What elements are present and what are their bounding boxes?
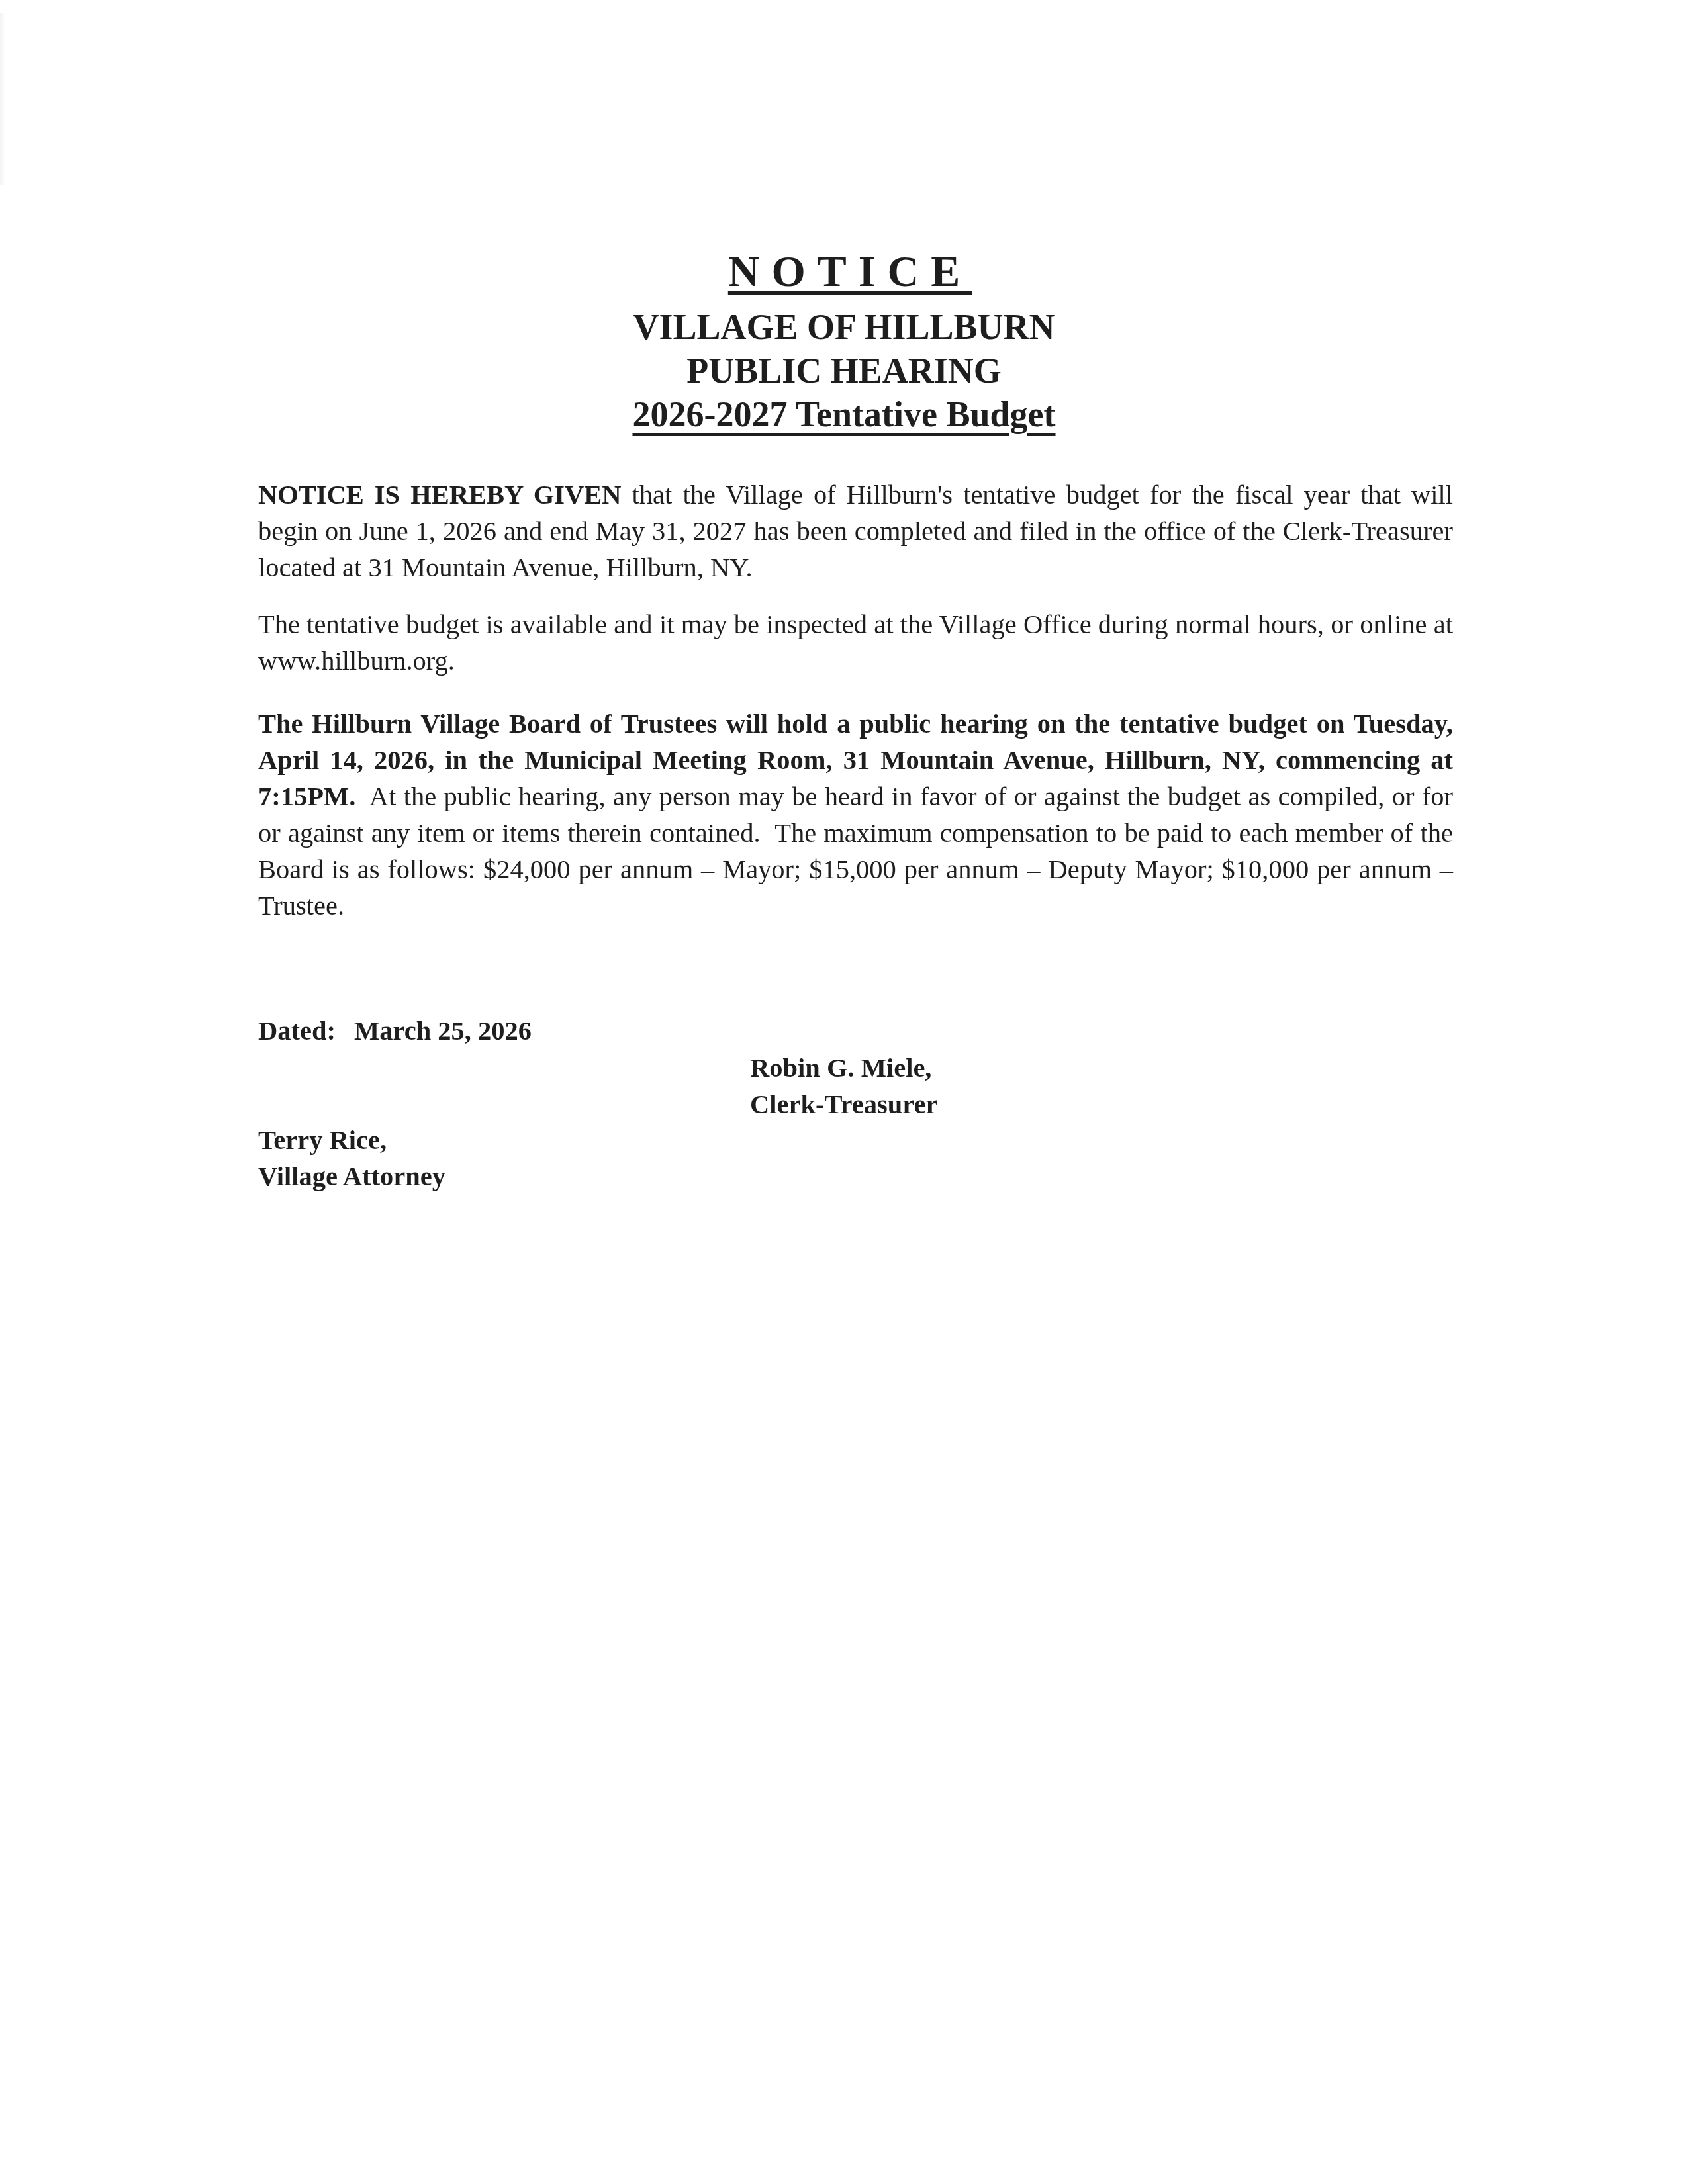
clerk-signature-block: Robin G. Miele, Clerk-Treasurer (750, 1050, 937, 1122)
paragraph-availability: The tentative budget is available and it… (258, 606, 1453, 679)
clerk-name: Robin G. Miele, (750, 1050, 937, 1086)
paragraph-hearing: The Hillburn Village Board of Trustees w… (258, 705, 1453, 924)
availability-text: The tentative budget is available and it… (258, 606, 1453, 679)
municipality-heading: VILLAGE OF HILLBURN (0, 305, 1688, 349)
notice-given-lead: NOTICE IS HEREBY GIVEN (258, 480, 622, 510)
event-heading: PUBLIC HEARING (0, 349, 1688, 392)
dated-value: March 25, 2026 (354, 1016, 532, 1046)
hearing-details-text: At the public hearing, any person may be… (258, 782, 1460, 921)
dated-line: Dated:March 25, 2026 (258, 1013, 532, 1049)
budget-subject-heading: 2026-2027 Tentative Budget (632, 394, 1055, 434)
document-page: NOTICE VILLAGE OF HILLBURN PUBLIC HEARIN… (0, 0, 1688, 2184)
clerk-title: Clerk-Treasurer (750, 1086, 937, 1122)
attorney-title: Village Attorney (258, 1158, 445, 1195)
notice-header: NOTICE VILLAGE OF HILLBURN PUBLIC HEARIN… (0, 250, 1688, 436)
scan-edge-shadow (0, 13, 5, 185)
paragraph-notice-given: NOTICE IS HEREBY GIVEN that the Village … (258, 477, 1453, 586)
notice-title: NOTICE (716, 250, 972, 294)
attorney-signature-block: Terry Rice, Village Attorney (258, 1122, 445, 1195)
dated-label: Dated: (258, 1016, 336, 1046)
attorney-name: Terry Rice, (258, 1122, 445, 1158)
